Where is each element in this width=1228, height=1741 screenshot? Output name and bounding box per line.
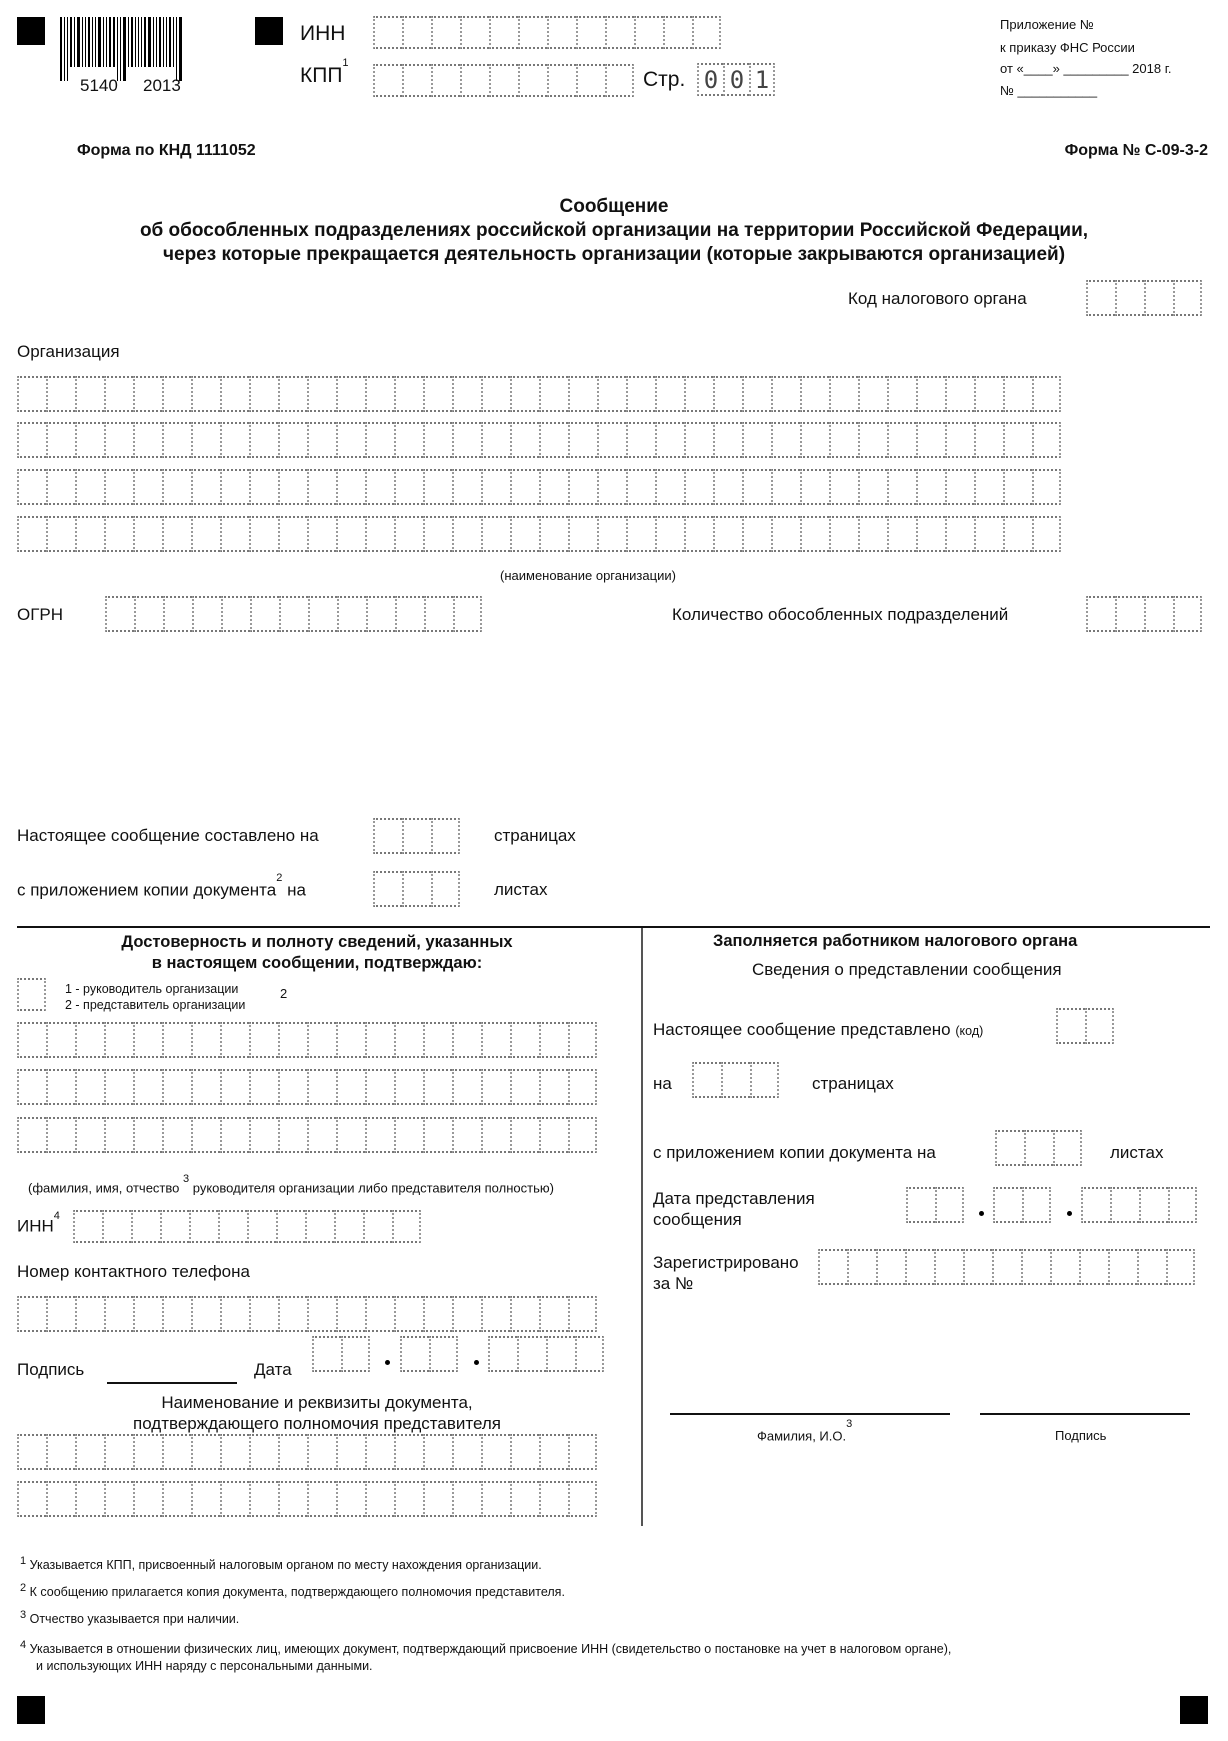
char-cell[interactable] <box>431 871 460 907</box>
char-cell[interactable] <box>75 422 104 458</box>
char-cell[interactable] <box>568 1022 597 1058</box>
char-cell[interactable] <box>276 1210 305 1243</box>
char-cell[interactable] <box>278 1434 307 1470</box>
char-cell[interactable] <box>394 1069 423 1105</box>
char-cell[interactable] <box>655 469 684 505</box>
char-cell[interactable] <box>46 1434 75 1470</box>
char-cell[interactable] <box>373 871 402 907</box>
char-cell[interactable] <box>460 64 489 97</box>
char-cell[interactable] <box>800 376 829 412</box>
char-cell[interactable] <box>1115 596 1144 632</box>
char-cell[interactable] <box>191 469 220 505</box>
char-cell[interactable] <box>771 422 800 458</box>
char-cell[interactable] <box>220 1022 249 1058</box>
char-cell[interactable] <box>75 1481 104 1517</box>
char-cell[interactable] <box>993 1187 1022 1223</box>
char-cell[interactable] <box>510 1022 539 1058</box>
char-cell[interactable] <box>105 596 134 632</box>
signer-type-field[interactable] <box>17 978 46 1011</box>
char-cell[interactable] <box>431 64 460 97</box>
char-cell[interactable] <box>163 596 192 632</box>
char-cell[interactable] <box>133 1117 162 1153</box>
char-cell[interactable] <box>539 516 568 552</box>
char-cell[interactable] <box>626 376 655 412</box>
char-cell[interactable] <box>162 422 191 458</box>
char-cell[interactable] <box>847 1249 876 1285</box>
char-cell[interactable] <box>1022 1187 1051 1223</box>
char-cell[interactable] <box>395 596 424 632</box>
char-cell[interactable] <box>307 1296 336 1332</box>
char-cell[interactable] <box>655 422 684 458</box>
char-cell[interactable] <box>742 376 771 412</box>
char-cell[interactable] <box>1137 1249 1166 1285</box>
char-cell[interactable] <box>220 376 249 412</box>
char-cell[interactable] <box>402 16 431 49</box>
char-cell[interactable] <box>17 469 46 505</box>
submitted-code-field[interactable] <box>1056 1008 1114 1044</box>
char-cell[interactable] <box>829 516 858 552</box>
char-cell[interactable] <box>510 469 539 505</box>
char-cell[interactable] <box>17 1434 46 1470</box>
char-cell[interactable] <box>162 1434 191 1470</box>
char-cell[interactable] <box>858 422 887 458</box>
char-cell[interactable] <box>133 469 162 505</box>
char-cell[interactable] <box>220 1117 249 1153</box>
char-cell[interactable] <box>307 1069 336 1105</box>
char-cell[interactable] <box>1056 1008 1085 1044</box>
char-cell[interactable] <box>394 1117 423 1153</box>
char-cell[interactable] <box>858 516 887 552</box>
char-cell[interactable] <box>191 1069 220 1105</box>
char-cell[interactable] <box>517 1336 546 1372</box>
char-cell[interactable] <box>17 1117 46 1153</box>
char-cell[interactable] <box>104 1434 133 1470</box>
char-cell[interactable] <box>366 596 395 632</box>
char-cell[interactable] <box>307 422 336 458</box>
char-cell[interactable] <box>104 1022 133 1058</box>
char-cell[interactable] <box>568 422 597 458</box>
char-cell[interactable] <box>547 16 576 49</box>
char-cell[interactable] <box>307 376 336 412</box>
kpp-field[interactable] <box>373 64 634 97</box>
char-cell[interactable] <box>75 1022 104 1058</box>
char-cell[interactable] <box>1139 1187 1168 1223</box>
char-cell[interactable] <box>278 1117 307 1153</box>
char-cell[interactable] <box>46 516 75 552</box>
char-cell[interactable] <box>337 596 366 632</box>
char-cell[interactable] <box>489 16 518 49</box>
char-cell[interactable] <box>452 376 481 412</box>
submission-date-month[interactable] <box>993 1187 1051 1223</box>
char-cell[interactable] <box>249 469 278 505</box>
char-cell[interactable] <box>655 376 684 412</box>
char-cell[interactable] <box>278 1069 307 1105</box>
char-cell[interactable] <box>394 516 423 552</box>
char-cell[interactable] <box>713 469 742 505</box>
char-cell[interactable] <box>221 596 250 632</box>
char-cell[interactable] <box>365 422 394 458</box>
char-cell[interactable] <box>481 469 510 505</box>
char-cell[interactable] <box>75 469 104 505</box>
char-cell[interactable] <box>1086 280 1115 316</box>
char-cell[interactable] <box>365 1117 394 1153</box>
char-cell[interactable] <box>307 1117 336 1153</box>
officer-fio-line[interactable] <box>670 1413 950 1415</box>
char-cell[interactable] <box>934 1249 963 1285</box>
char-cell[interactable] <box>191 1022 220 1058</box>
char-cell[interactable] <box>974 516 1003 552</box>
char-cell[interactable] <box>1024 1130 1053 1166</box>
tax-pages-field[interactable] <box>692 1062 779 1098</box>
char-cell[interactable] <box>692 16 721 49</box>
char-cell[interactable] <box>17 1069 46 1105</box>
char-cell[interactable] <box>249 516 278 552</box>
char-cell[interactable] <box>191 1481 220 1517</box>
char-cell[interactable] <box>1003 422 1032 458</box>
char-cell[interactable] <box>191 516 220 552</box>
char-cell[interactable] <box>334 1210 363 1243</box>
char-cell[interactable] <box>104 469 133 505</box>
char-cell[interactable] <box>279 596 308 632</box>
char-cell[interactable] <box>1144 280 1173 316</box>
char-cell[interactable] <box>945 376 974 412</box>
char-cell[interactable] <box>402 64 431 97</box>
char-cell[interactable] <box>597 516 626 552</box>
char-cell[interactable] <box>568 1069 597 1105</box>
char-cell[interactable] <box>800 469 829 505</box>
char-cell[interactable] <box>576 64 605 97</box>
char-cell[interactable] <box>1108 1249 1137 1285</box>
char-cell[interactable] <box>423 1434 452 1470</box>
char-cell[interactable] <box>800 422 829 458</box>
char-cell[interactable] <box>481 1434 510 1470</box>
char-cell[interactable] <box>307 1434 336 1470</box>
char-cell[interactable] <box>1003 376 1032 412</box>
char-cell[interactable] <box>278 1022 307 1058</box>
organization-name-row-1[interactable] <box>17 376 1061 412</box>
char-cell[interactable] <box>1173 280 1202 316</box>
char-cell[interactable] <box>394 469 423 505</box>
char-cell[interactable] <box>336 1117 365 1153</box>
char-cell[interactable] <box>1166 1249 1195 1285</box>
char-cell[interactable] <box>576 16 605 49</box>
char-cell[interactable] <box>713 516 742 552</box>
char-cell[interactable] <box>876 1249 905 1285</box>
char-cell[interactable] <box>742 516 771 552</box>
char-cell[interactable] <box>721 1062 750 1098</box>
char-cell[interactable] <box>771 376 800 412</box>
char-cell[interactable] <box>423 1296 452 1332</box>
char-cell[interactable] <box>365 469 394 505</box>
char-cell[interactable] <box>935 1187 964 1223</box>
char-cell[interactable] <box>104 1296 133 1332</box>
char-cell[interactable] <box>249 1069 278 1105</box>
char-cell[interactable] <box>539 1069 568 1105</box>
char-cell[interactable] <box>46 422 75 458</box>
char-cell[interactable] <box>510 516 539 552</box>
char-cell[interactable] <box>247 1210 276 1243</box>
char-cell[interactable] <box>363 1210 392 1243</box>
signer-date-month[interactable] <box>400 1336 458 1372</box>
registration-number-field[interactable] <box>818 1249 1195 1285</box>
char-cell[interactable] <box>510 1296 539 1332</box>
char-cell[interactable] <box>481 1296 510 1332</box>
char-cell[interactable] <box>539 1117 568 1153</box>
char-cell[interactable] <box>278 469 307 505</box>
char-cell[interactable] <box>249 376 278 412</box>
char-cell[interactable] <box>858 376 887 412</box>
char-cell[interactable] <box>1032 422 1061 458</box>
char-cell[interactable] <box>17 978 46 1011</box>
char-cell[interactable] <box>336 516 365 552</box>
char-cell[interactable] <box>278 1296 307 1332</box>
char-cell[interactable] <box>1032 516 1061 552</box>
char-cell[interactable] <box>539 422 568 458</box>
char-cell[interactable] <box>905 1249 934 1285</box>
char-cell[interactable] <box>73 1210 102 1243</box>
char-cell[interactable] <box>597 422 626 458</box>
char-cell[interactable] <box>104 1117 133 1153</box>
organization-name-row-2[interactable] <box>17 422 1061 458</box>
char-cell[interactable] <box>626 422 655 458</box>
char-cell[interactable] <box>17 1022 46 1058</box>
char-cell[interactable] <box>539 1296 568 1332</box>
char-cell[interactable] <box>307 516 336 552</box>
char-cell[interactable] <box>17 1481 46 1517</box>
char-cell[interactable] <box>365 516 394 552</box>
char-cell[interactable] <box>365 1481 394 1517</box>
char-cell[interactable] <box>518 16 547 49</box>
char-cell[interactable] <box>771 469 800 505</box>
char-cell[interactable] <box>423 1481 452 1517</box>
char-cell[interactable] <box>684 422 713 458</box>
char-cell[interactable] <box>518 64 547 97</box>
char-cell[interactable] <box>218 1210 247 1243</box>
char-cell[interactable] <box>162 1069 191 1105</box>
signer-date-year[interactable] <box>488 1336 604 1372</box>
char-cell[interactable] <box>452 1022 481 1058</box>
char-cell[interactable] <box>394 1022 423 1058</box>
char-cell[interactable] <box>539 1481 568 1517</box>
char-cell[interactable] <box>887 469 916 505</box>
page-number-field[interactable]: 0 0 1 <box>697 63 775 96</box>
char-cell[interactable] <box>1144 596 1173 632</box>
signer-fio-row-2[interactable] <box>17 1069 597 1105</box>
attachment-sheets-field[interactable] <box>373 871 460 907</box>
char-cell[interactable] <box>1032 376 1061 412</box>
char-cell[interactable] <box>220 1069 249 1105</box>
char-cell[interactable] <box>336 469 365 505</box>
char-cell[interactable] <box>963 1249 992 1285</box>
char-cell[interactable] <box>481 1481 510 1517</box>
organization-name-row-3[interactable] <box>17 469 1061 505</box>
char-cell[interactable] <box>305 1210 334 1243</box>
char-cell[interactable] <box>546 1336 575 1372</box>
char-cell[interactable] <box>400 1336 429 1372</box>
char-cell[interactable] <box>974 376 1003 412</box>
char-cell[interactable] <box>684 516 713 552</box>
char-cell[interactable] <box>510 376 539 412</box>
char-cell[interactable] <box>394 422 423 458</box>
char-cell[interactable] <box>162 469 191 505</box>
char-cell[interactable] <box>220 1481 249 1517</box>
char-cell[interactable] <box>510 1069 539 1105</box>
char-cell[interactable] <box>162 516 191 552</box>
char-cell[interactable] <box>46 469 75 505</box>
char-cell[interactable] <box>916 376 945 412</box>
officer-signature-line[interactable] <box>980 1413 1190 1415</box>
char-cell[interactable] <box>278 1481 307 1517</box>
char-cell[interactable] <box>373 818 402 854</box>
char-cell[interactable] <box>104 422 133 458</box>
char-cell[interactable] <box>429 1336 458 1372</box>
char-cell[interactable] <box>46 1069 75 1105</box>
char-cell[interactable] <box>133 1481 162 1517</box>
char-cell[interactable] <box>481 422 510 458</box>
char-cell[interactable] <box>394 1481 423 1517</box>
char-cell[interactable] <box>131 1210 160 1243</box>
char-cell[interactable] <box>160 1210 189 1243</box>
char-cell[interactable] <box>995 1130 1024 1166</box>
char-cell[interactable] <box>1081 1187 1110 1223</box>
char-cell[interactable] <box>336 422 365 458</box>
char-cell[interactable] <box>162 1481 191 1517</box>
char-cell[interactable] <box>771 516 800 552</box>
char-cell[interactable] <box>424 596 453 632</box>
char-cell[interactable] <box>423 1022 452 1058</box>
char-cell[interactable] <box>568 376 597 412</box>
char-cell[interactable] <box>307 1481 336 1517</box>
char-cell[interactable] <box>307 469 336 505</box>
char-cell[interactable] <box>365 1022 394 1058</box>
char-cell[interactable] <box>452 422 481 458</box>
char-cell[interactable] <box>394 1434 423 1470</box>
char-cell[interactable] <box>858 469 887 505</box>
char-cell[interactable] <box>481 1117 510 1153</box>
char-cell[interactable] <box>75 516 104 552</box>
char-cell[interactable] <box>626 516 655 552</box>
char-cell[interactable] <box>568 516 597 552</box>
char-cell[interactable] <box>336 376 365 412</box>
phone-field[interactable] <box>17 1296 597 1332</box>
char-cell[interactable] <box>423 516 452 552</box>
char-cell[interactable] <box>423 469 452 505</box>
signer-fio-row-3[interactable] <box>17 1117 597 1153</box>
char-cell[interactable] <box>713 422 742 458</box>
char-cell[interactable] <box>191 1117 220 1153</box>
char-cell[interactable] <box>308 596 337 632</box>
char-cell[interactable] <box>191 422 220 458</box>
char-cell[interactable] <box>133 1296 162 1332</box>
submission-date-year[interactable] <box>1081 1187 1197 1223</box>
char-cell[interactable] <box>1003 516 1032 552</box>
char-cell[interactable] <box>597 376 626 412</box>
char-cell[interactable] <box>481 376 510 412</box>
char-cell[interactable] <box>1079 1249 1108 1285</box>
char-cell[interactable] <box>945 516 974 552</box>
char-cell[interactable] <box>1115 280 1144 316</box>
char-cell[interactable] <box>1086 596 1115 632</box>
char-cell[interactable] <box>336 1069 365 1105</box>
char-cell[interactable] <box>365 376 394 412</box>
char-cell[interactable] <box>992 1249 1021 1285</box>
char-cell[interactable] <box>133 376 162 412</box>
char-cell[interactable] <box>1053 1130 1082 1166</box>
char-cell[interactable] <box>191 1296 220 1332</box>
char-cell[interactable] <box>481 516 510 552</box>
char-cell[interactable] <box>750 1062 779 1098</box>
tax-attachment-field[interactable] <box>995 1130 1082 1166</box>
char-cell[interactable] <box>452 1434 481 1470</box>
organization-name-row-4[interactable] <box>17 516 1061 552</box>
char-cell[interactable] <box>1021 1249 1050 1285</box>
char-cell[interactable] <box>1085 1008 1114 1044</box>
submission-date-day[interactable] <box>906 1187 964 1223</box>
char-cell[interactable] <box>250 596 279 632</box>
char-cell[interactable] <box>336 1434 365 1470</box>
char-cell[interactable] <box>17 516 46 552</box>
char-cell[interactable] <box>423 422 452 458</box>
char-cell[interactable] <box>1003 469 1032 505</box>
char-cell[interactable] <box>488 1336 517 1372</box>
char-cell[interactable] <box>423 1117 452 1153</box>
char-cell[interactable] <box>452 1069 481 1105</box>
char-cell[interactable] <box>394 376 423 412</box>
char-cell[interactable] <box>713 376 742 412</box>
char-cell[interactable] <box>481 1022 510 1058</box>
char-cell[interactable] <box>17 1296 46 1332</box>
char-cell[interactable] <box>75 1117 104 1153</box>
char-cell[interactable] <box>829 422 858 458</box>
char-cell[interactable] <box>365 1434 394 1470</box>
char-cell[interactable] <box>510 1434 539 1470</box>
char-cell[interactable] <box>1168 1187 1197 1223</box>
char-cell[interactable] <box>916 516 945 552</box>
char-cell[interactable] <box>539 1022 568 1058</box>
char-cell[interactable] <box>307 1022 336 1058</box>
char-cell[interactable] <box>1050 1249 1079 1285</box>
char-cell[interactable] <box>75 1434 104 1470</box>
char-cell[interactable] <box>887 516 916 552</box>
char-cell[interactable] <box>800 516 829 552</box>
char-cell[interactable] <box>431 818 460 854</box>
char-cell[interactable] <box>510 422 539 458</box>
char-cell[interactable] <box>547 64 576 97</box>
char-cell[interactable] <box>46 1296 75 1332</box>
char-cell[interactable] <box>104 516 133 552</box>
char-cell[interactable] <box>539 376 568 412</box>
char-cell[interactable] <box>162 1022 191 1058</box>
char-cell[interactable] <box>452 1481 481 1517</box>
char-cell[interactable] <box>423 376 452 412</box>
char-cell[interactable] <box>191 1434 220 1470</box>
char-cell[interactable] <box>162 376 191 412</box>
char-cell[interactable] <box>452 1296 481 1332</box>
char-cell[interactable] <box>568 1481 597 1517</box>
char-cell[interactable] <box>394 1296 423 1332</box>
char-cell[interactable] <box>568 1434 597 1470</box>
char-cell[interactable] <box>249 1434 278 1470</box>
signer-inn-field[interactable] <box>73 1210 421 1243</box>
char-cell[interactable] <box>373 16 402 49</box>
signer-date-day[interactable] <box>312 1336 370 1372</box>
char-cell[interactable] <box>75 1296 104 1332</box>
char-cell[interactable] <box>133 516 162 552</box>
char-cell[interactable] <box>974 422 1003 458</box>
char-cell[interactable] <box>189 1210 218 1243</box>
char-cell[interactable] <box>46 1022 75 1058</box>
char-cell[interactable] <box>481 1069 510 1105</box>
